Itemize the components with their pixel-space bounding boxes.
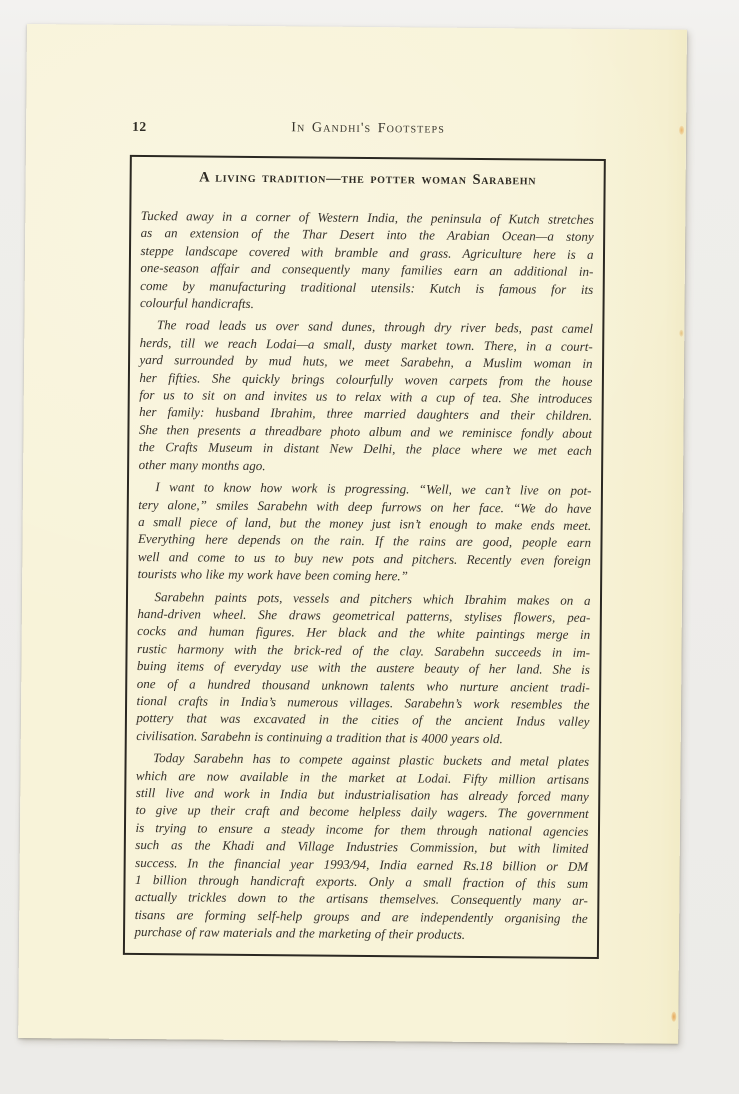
paragraph: Today Sarabehn has to compete against pl… [135, 749, 590, 944]
paragraph: The road leads us over sand dunes, throu… [139, 316, 593, 477]
page-stain [679, 126, 684, 135]
running-head: In Gandhi's Footsteps [130, 119, 606, 139]
scanned-book-page: 12 In Gandhi's Footsteps A living tradit… [18, 24, 687, 1044]
page-stain [671, 1012, 676, 1022]
paragraph: I want to know how work is progressing. … [138, 478, 592, 586]
paragraph: Sarabehn paints pots, vessels and pitche… [136, 588, 590, 749]
article-paragraphs: Tucked away in a corner of Western India… [135, 207, 594, 945]
scanner-background: { "page": { "number": "12", "running_hea… [0, 0, 739, 1094]
page-stain [679, 330, 683, 337]
article-title: A living tradition—the potter woman Sara… [132, 168, 604, 190]
paragraph: Tucked away in a corner of Western India… [140, 207, 594, 315]
text-line: purchase of raw materials and the market… [135, 923, 588, 944]
article-box: A living tradition—the potter woman Sara… [123, 155, 606, 959]
page-header: 12 In Gandhi's Footsteps [130, 119, 606, 143]
